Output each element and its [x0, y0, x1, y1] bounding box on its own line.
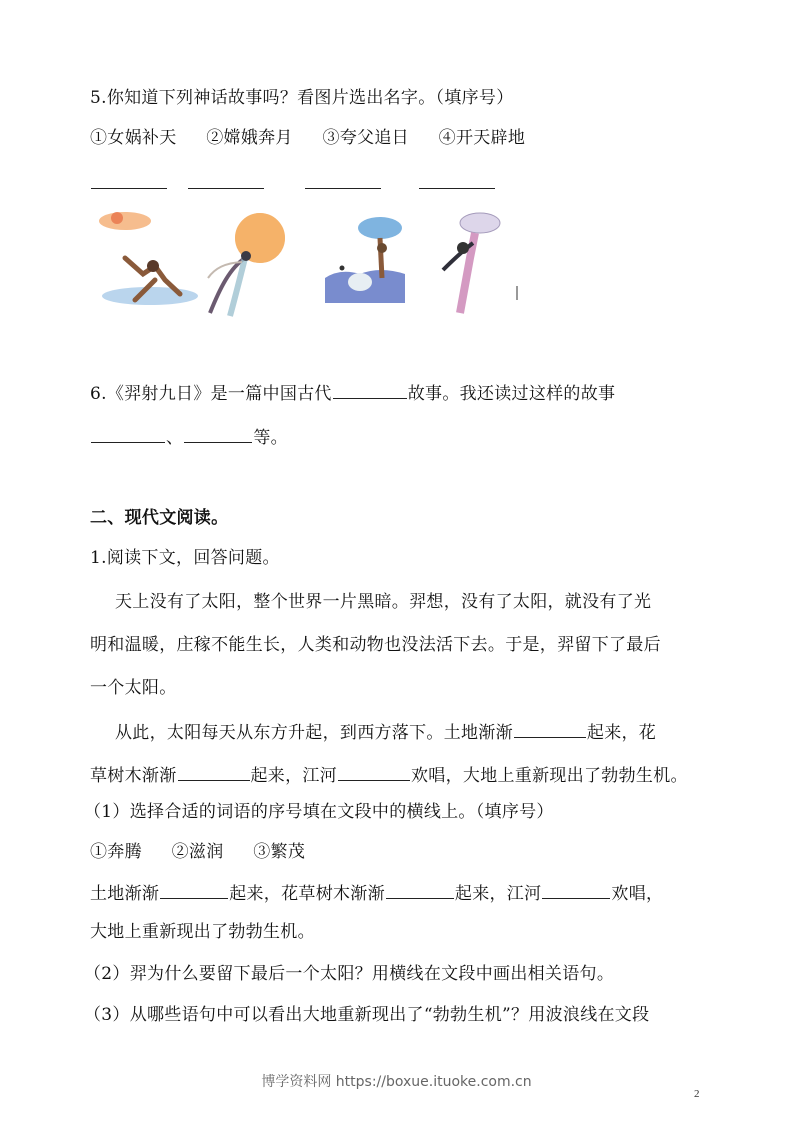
q5-answer-blank-3[interactable]: [305, 188, 381, 189]
para2-blank-1[interactable]: [514, 719, 586, 738]
q5-option-3: ③夸父追日: [322, 128, 409, 148]
passage-para1-line3: 一个太阳。: [90, 676, 177, 700]
sub-question-1-fill-line1: 土地渐渐起来，花草树木渐渐起来，江河欢唱，: [90, 880, 663, 906]
para2-blank-3[interactable]: [338, 762, 410, 781]
para2-text-a: 从此，太阳每天从东方升起，到西方落下。土地渐渐: [115, 723, 513, 743]
watermark: 博学资料网 https://boxue.ituoke.com.cn: [0, 1071, 793, 1091]
q6-text-b: 故事。我还读过这样的故事: [408, 384, 616, 404]
picture-kuafu-chasing-sun: [95, 208, 205, 323]
word-option-1: ①奔腾: [90, 842, 142, 862]
q5-prompt: 5.你知道下列神话故事吗？看图片选出名字。（填序号）: [90, 86, 514, 110]
page-number: 2: [694, 1088, 700, 1100]
q6-text-end: 等。: [253, 428, 288, 448]
q6-blank-2[interactable]: [91, 424, 165, 443]
q5-answer-blank-1[interactable]: [91, 188, 167, 189]
q5-option-2: ②嫦娥奔月: [206, 128, 293, 148]
fill-text-c: 起来，江河: [455, 884, 542, 904]
passage-para1-line1: 天上没有了太阳，整个世界一片黑暗。羿想，没有了太阳，就没有了光: [115, 590, 651, 614]
word-option-2: ②滋润: [172, 842, 224, 862]
q6-separator: 、: [166, 428, 183, 448]
para2-text-b: 起来，花: [587, 723, 656, 743]
sub-question-1-options: ①奔腾 ②滋润 ③繁茂: [90, 840, 305, 864]
sub-question-1-prompt: （1）选择合适的词语的序号填在文段中的横线上。（填序号）: [84, 800, 554, 824]
fill-blank-2[interactable]: [386, 880, 454, 899]
q5-answer-blank-4[interactable]: [419, 188, 495, 189]
q5-option-4: ④开天辟地: [439, 128, 526, 148]
q5-options: ①女娲补天 ②嫦娥奔月 ③夸父追日 ④开天辟地: [90, 126, 525, 150]
q6-line-1: 6.《羿射九日》是一篇中国古代故事。我还读过这样的故事: [90, 380, 615, 406]
sub-question-1-fill-line2: 大地上重新现出了勃勃生机。: [90, 920, 315, 944]
fill-text-b: 起来，花草树木渐渐: [229, 884, 385, 904]
fill-blank-3[interactable]: [542, 880, 610, 899]
word-option-3: ③繁茂: [253, 842, 305, 862]
sub-question-2-prompt: （2）羿为什么要留下最后一个太阳？用横线在文段中画出相关语句。: [84, 962, 614, 986]
para2-text-c: 草树木渐渐: [90, 766, 177, 786]
para2-text-e: 欢唱，大地上重新现出了勃勃生机。: [411, 766, 688, 786]
para2-blank-2[interactable]: [178, 762, 250, 781]
fill-blank-1[interactable]: [160, 880, 228, 899]
section-2-title: 二、现代文阅读。: [90, 506, 228, 530]
passage-para2-line1: 从此，太阳每天从东方升起，到西方落下。土地渐渐起来，花: [115, 719, 656, 745]
passage-para2-line2: 草树木渐渐起来，江河欢唱，大地上重新现出了勃勃生机。: [90, 762, 688, 788]
picture-change-flying-moon: [200, 208, 295, 323]
fill-text-d: 欢唱，: [611, 884, 663, 904]
reading-q1-prompt: 1.阅读下文，回答问题。: [90, 546, 280, 570]
q6-text-a: 6.《羿射九日》是一篇中国古代: [90, 384, 332, 404]
q5-answer-blank-2[interactable]: [188, 188, 264, 189]
passage-para1-line2: 明和温暖，庄稼不能生长，人类和动物也没法活下去。于是，羿留下了最后: [90, 633, 661, 657]
q6-line-2: 、等。: [90, 424, 288, 450]
q5-option-1: ①女娲补天: [90, 128, 177, 148]
para2-text-d: 起来，江河: [251, 766, 338, 786]
picture-pangu-creating-world: [320, 208, 415, 323]
fill-text-a: 土地渐渐: [90, 884, 159, 904]
picture-nuwa-on-cloud: [435, 208, 520, 323]
q6-blank-3[interactable]: [184, 424, 252, 443]
q6-blank-1[interactable]: [333, 380, 407, 399]
sub-question-3-prompt: （3）从哪些语句中可以看出大地重新现出了“勃勃生机”？用波浪线在文段: [84, 1003, 649, 1027]
